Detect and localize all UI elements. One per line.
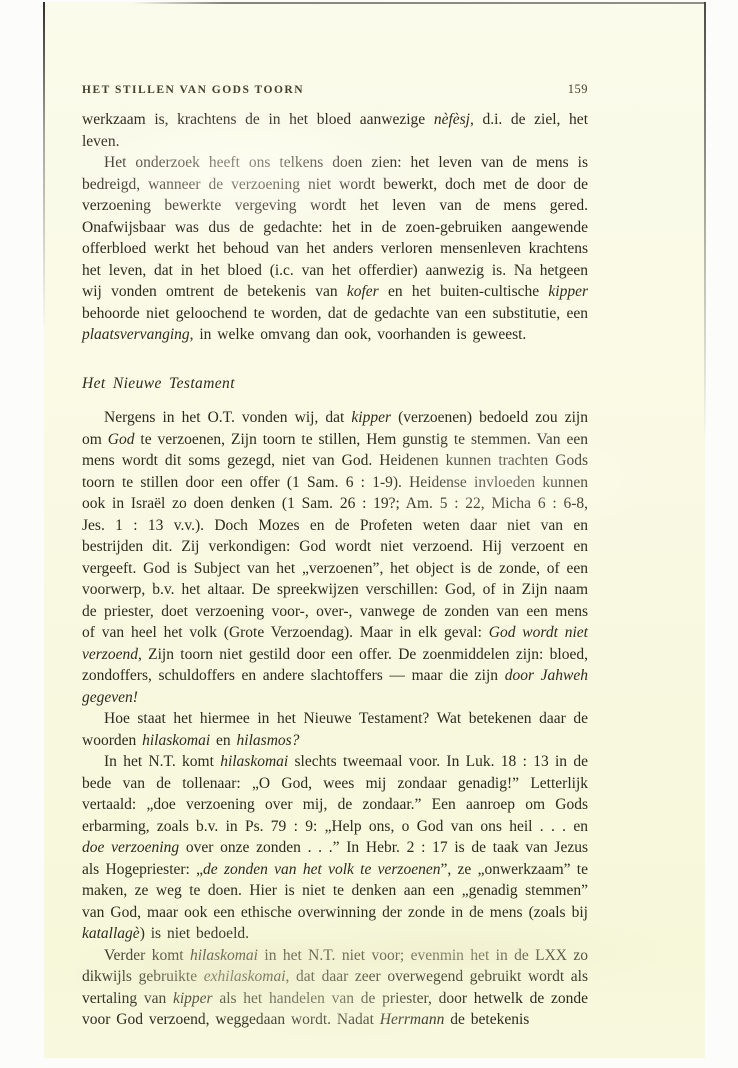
text-segment: en [210,732,236,749]
text-segment: hilasmos? [237,732,300,749]
text-segment: God [108,431,135,448]
text-segment: kipper [351,409,391,426]
text-segment: behoorde niet geloochend te worden, dat … [82,305,588,322]
text-segment: In het N.T. komt [104,753,220,770]
text-segment: werkzaam is, krachtens de in het bloed a… [82,111,434,128]
text-segment: Verder komt [104,947,190,964]
text-segment: en het buiten-cultische [379,283,549,300]
text-segment: kipper [548,283,588,300]
text-segment: te verzoenen, Zijn toorn te stillen, Hem… [82,431,588,642]
section-heading: Het Nieuwe Testament [82,373,588,395]
paragraph: Nergens in het O.T. vonden wij, dat kipp… [82,407,588,708]
paragraph: Hoe staat het hiermee in het Nieuwe Test… [82,708,588,751]
running-head-title: HET STILLEN VAN GODS TOORN [82,84,304,96]
text-segment: hilaskomai [190,947,258,964]
scan-background: HET STILLEN VAN GODS TOORN 159 werkzaam … [0,0,738,1068]
text-segment: Het onderzoek heeft ons telkens doen zie… [82,154,588,300]
paragraph: Verder komt hilaskomai in het N.T. niet … [82,945,588,1031]
text-segment: hilaskomai [142,732,210,749]
text-segment: doe verzoening [82,839,179,856]
text-segment: , in welke omvang dan ook, voorhanden is… [190,326,527,343]
book-page: HET STILLEN VAN GODS TOORN 159 werkzaam … [44,2,705,1058]
text-segment: ) is niet bedoeld. [140,925,249,942]
paragraph: werkzaam is, krachtens de in het bloed a… [82,109,588,152]
text-segment: katallagè [82,925,140,942]
text-segment: nèfèsj [434,111,470,128]
text-segment: Herrmann [380,1011,445,1028]
text-segment: kofer [347,283,379,300]
text-segment: plaatsvervanging [82,326,190,343]
running-header: HET STILLEN VAN GODS TOORN 159 [82,82,588,97]
text-segment: Het Nieuwe Testament [82,375,235,392]
text-segment: de zonden van het volk te verzoenen [203,861,440,878]
paragraph: Het onderzoek heeft ons telkens doen zie… [82,152,588,346]
text-segment: de betekenis [444,1011,529,1028]
paragraph: In het N.T. komt hilaskomai slechts twee… [82,751,588,945]
text-segment: exhilaskomai [204,968,286,985]
text-segment: Nergens in het O.T. vonden wij, dat [104,409,351,426]
page-number: 159 [568,82,588,97]
text-segment: hilaskomai [220,753,288,770]
page-body: werkzaam is, krachtens de in het bloed a… [82,109,588,1031]
text-segment: kipper [173,990,213,1007]
page-content: HET STILLEN VAN GODS TOORN 159 werkzaam … [44,2,705,1031]
